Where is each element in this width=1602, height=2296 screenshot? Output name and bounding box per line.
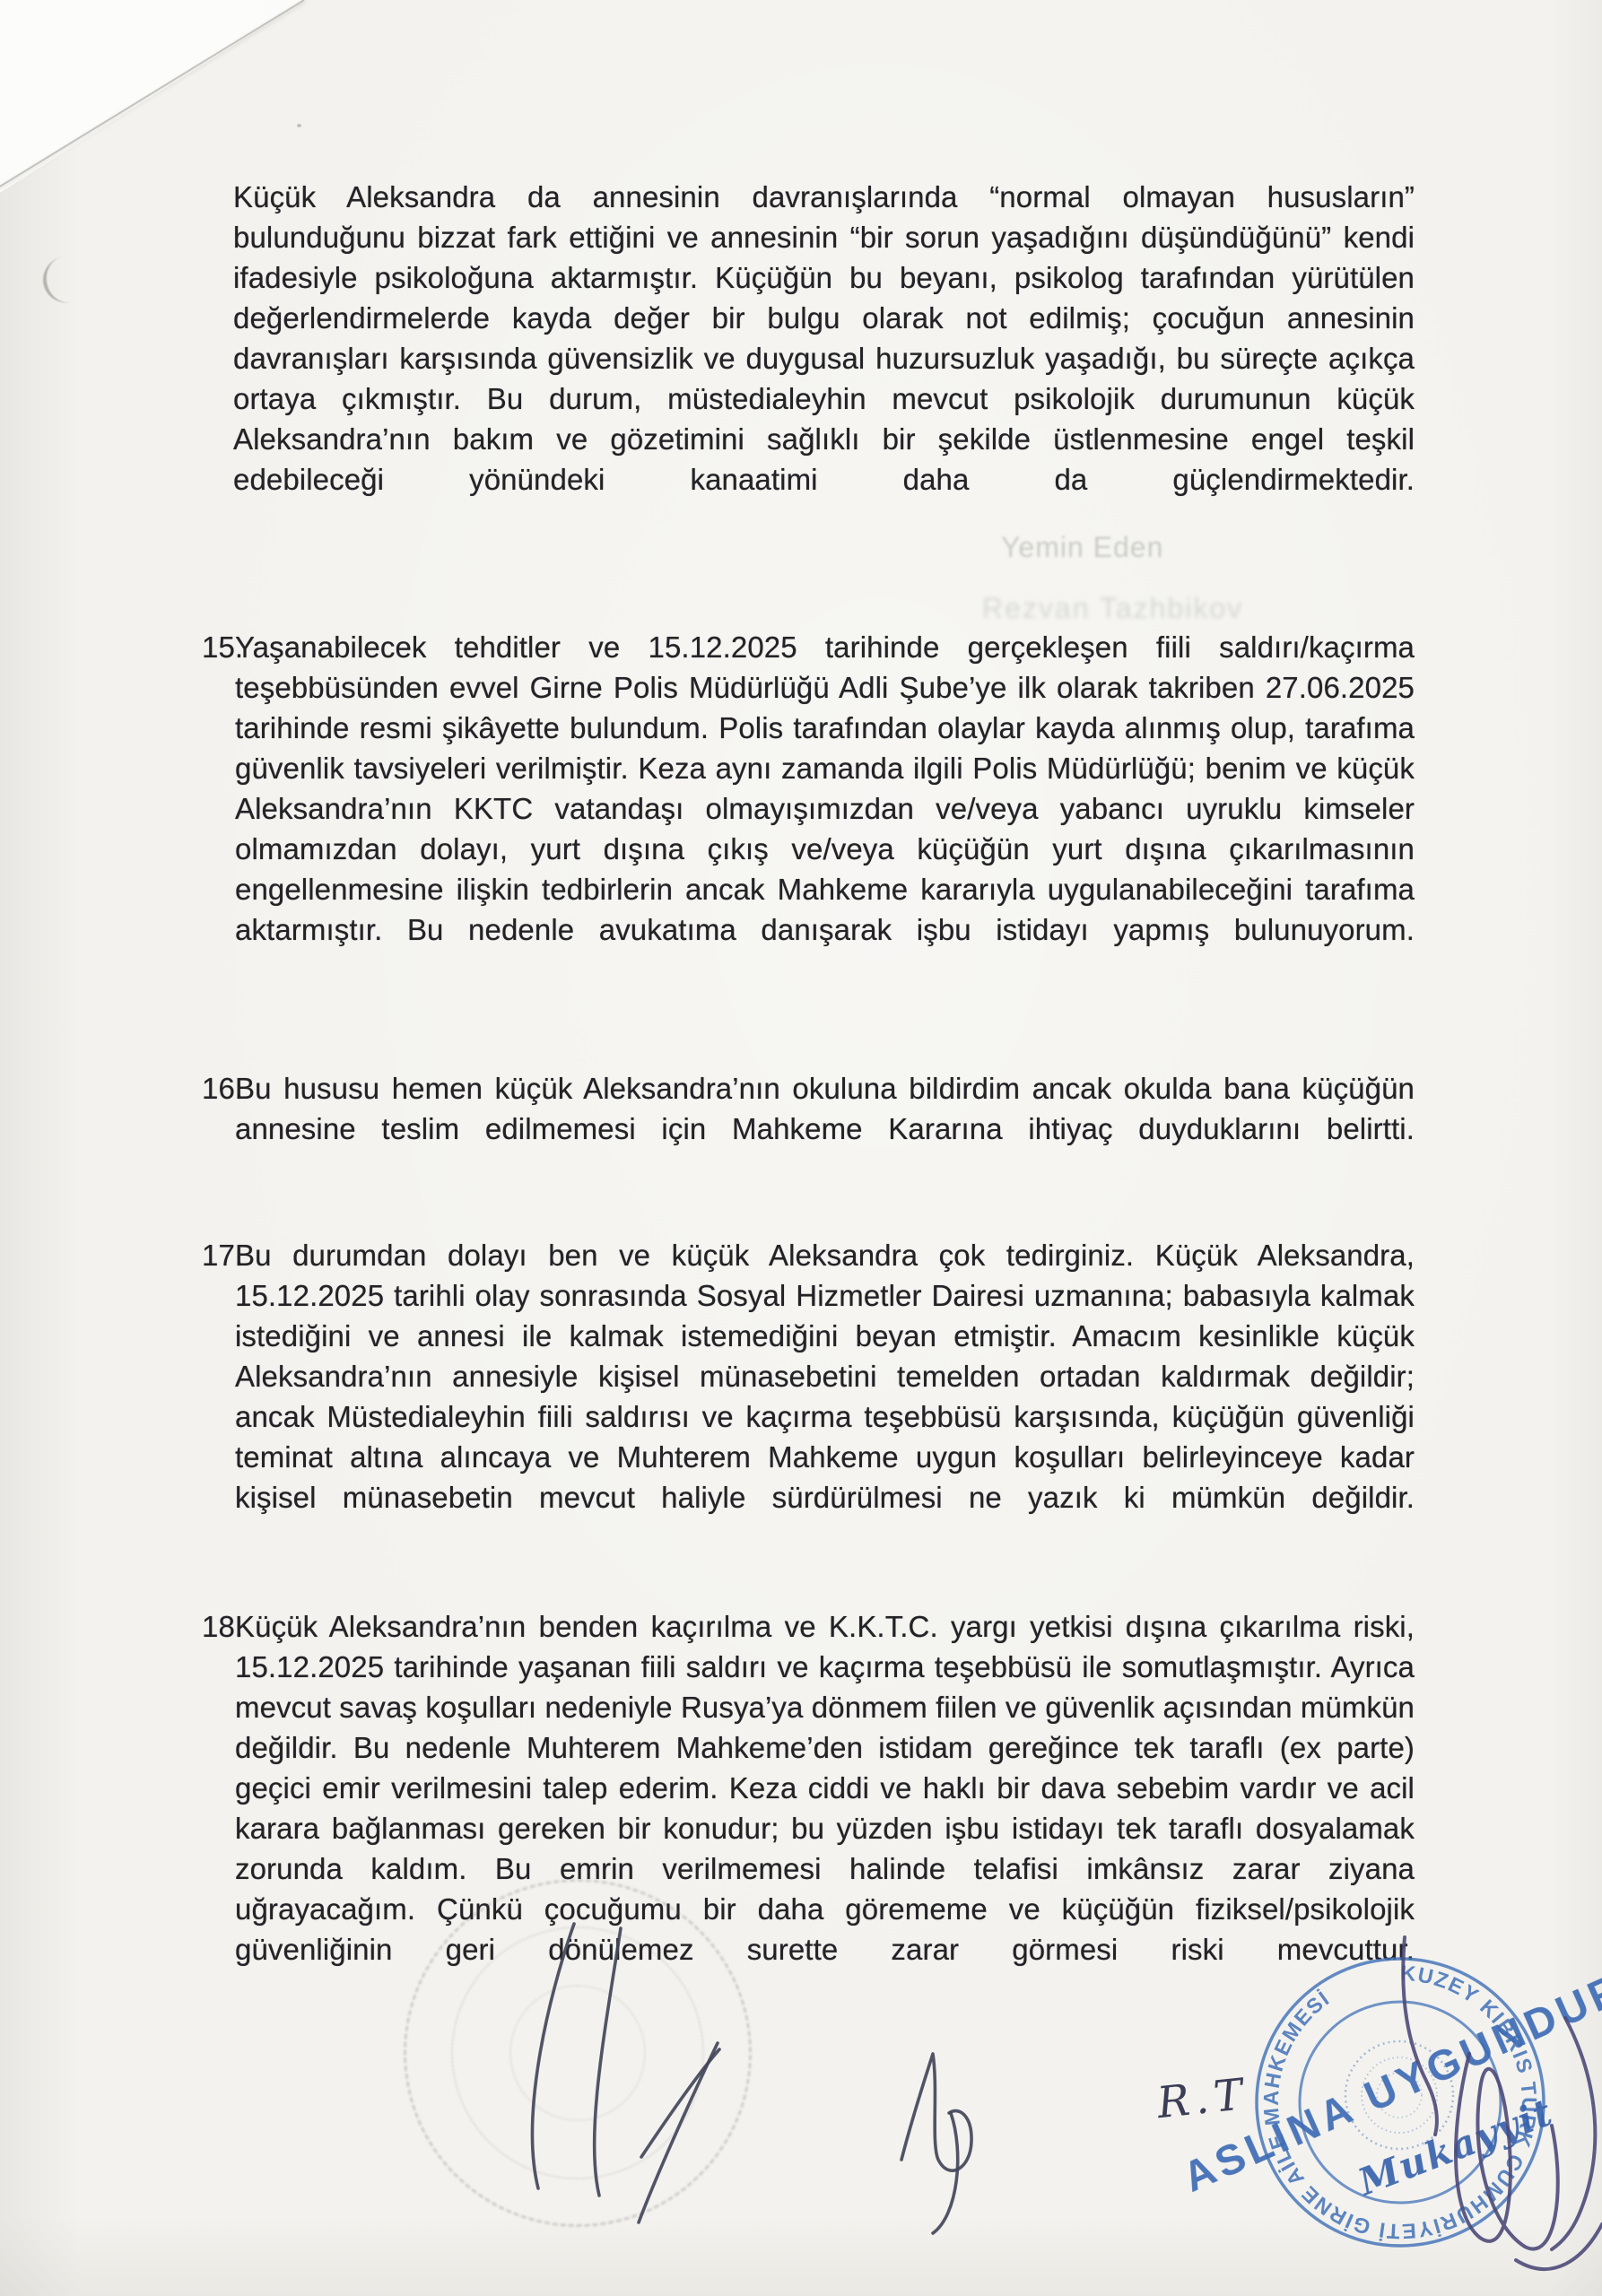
applicant-signature (484, 1865, 987, 2260)
paragraph-17: 17. Bu durumdan dolayı ben ve küçük Alek… (202, 1235, 1415, 1558)
paragraph-text: Bu durumdan dolayı ben ve küçük Aleksand… (235, 1235, 1415, 1558)
paragraph-number: 17. (202, 1235, 243, 1275)
paragraph-number: 16. (202, 1068, 243, 1109)
paper-speck (297, 124, 301, 127)
pencil-paren-mark (39, 252, 92, 307)
registrar-signature (1211, 1883, 1602, 2296)
bleedthrough-text-name: Rezvan Tazhbikov (982, 592, 1243, 625)
paragraph-text: Bu hususu hemen küçük Aleksandra’nın oku… (235, 1068, 1415, 1189)
bleedthrough-text-oath-label: Yemin Eden (1001, 531, 1163, 564)
paragraph-intro: Küçük Aleksandra da annesinin davranışla… (233, 177, 1415, 540)
paragraph-16: 16. Bu hususu hemen küçük Aleksandra’nın… (202, 1068, 1415, 1189)
paragraph-15: 15. Yaşanabilecek tehditler ve 15.12.202… (202, 627, 1415, 990)
paragraph-number: 15. (202, 627, 243, 667)
scanned-court-document-page: Küçük Aleksandra da annesinin davranışla… (0, 0, 1602, 2296)
paragraph-number: 18. (202, 1606, 243, 1647)
page-fold-corner (0, 0, 305, 193)
paragraph-text: Yaşanabilecek tehditler ve 15.12.2025 ta… (235, 627, 1415, 990)
